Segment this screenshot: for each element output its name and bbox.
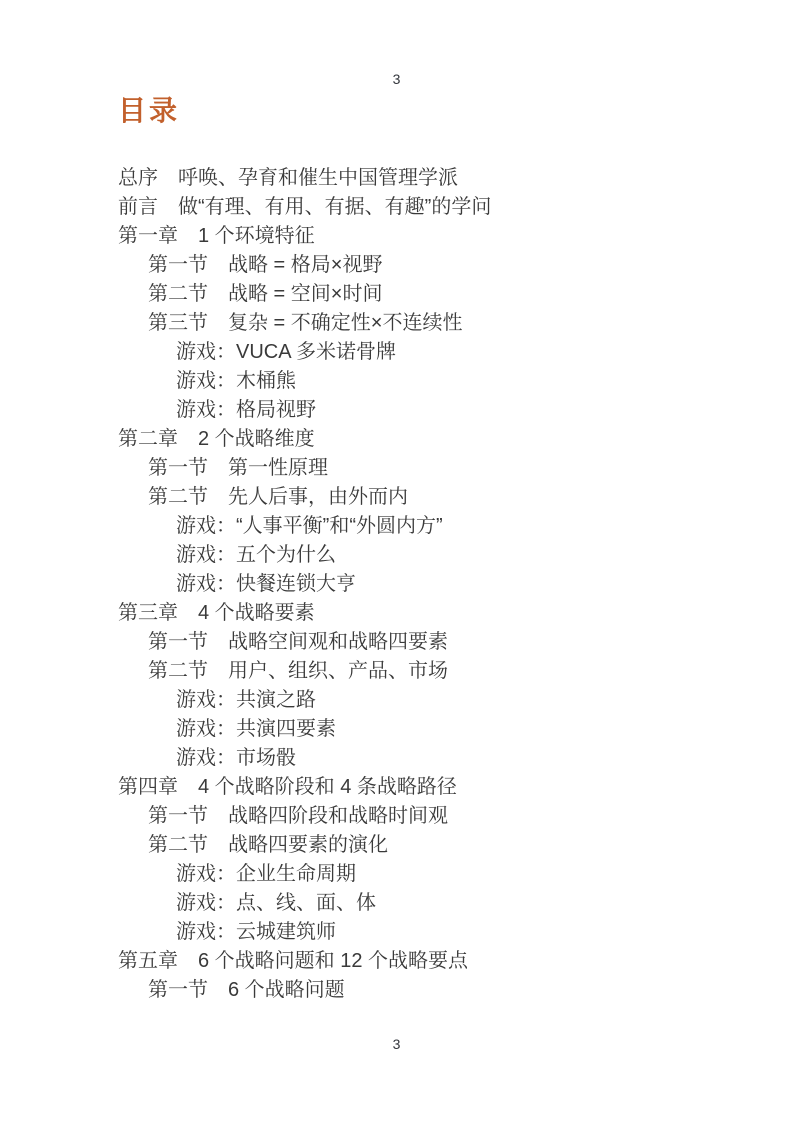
toc-entry: 第三节 复杂 = 不确定性×不连续性 bbox=[118, 309, 763, 338]
toc-entry: 第三章 4 个战略要素 bbox=[118, 599, 763, 628]
toc-entry: 游戏：市场骰 bbox=[118, 744, 763, 773]
toc-heading: 目录 bbox=[118, 94, 180, 128]
toc-entry: 第一节 战略 = 格局×视野 bbox=[118, 251, 763, 280]
document-page: 3 目录 总序 呼唤、孕育和催生中国管理学派前言 做“有理、有用、有据、有趣”的… bbox=[0, 0, 793, 1122]
page-number-bottom: 3 bbox=[0, 1035, 793, 1053]
toc-entry: 游戏：共演四要素 bbox=[118, 715, 763, 744]
toc-entry: 第二节 战略 = 空间×时间 bbox=[118, 280, 763, 309]
toc-entry: 游戏：快餐连锁大亨 bbox=[118, 570, 763, 599]
toc-entry: 游戏：VUCA 多米诺骨牌 bbox=[118, 338, 763, 367]
toc-entry: 第一章 1 个环境特征 bbox=[118, 222, 763, 251]
page-number-top: 3 bbox=[0, 70, 793, 88]
toc-list: 总序 呼唤、孕育和催生中国管理学派前言 做“有理、有用、有据、有趣”的学问第一章… bbox=[118, 164, 763, 1005]
toc-entry: 游戏：格局视野 bbox=[118, 396, 763, 425]
toc-entry: 第四章 4 个战略阶段和 4 条战略路径 bbox=[118, 773, 763, 802]
toc-entry: 游戏：“人事平衡”和“外圆内方” bbox=[118, 512, 763, 541]
toc-entry: 游戏：共演之路 bbox=[118, 686, 763, 715]
toc-entry: 第二节 用户、组织、产品、市场 bbox=[118, 657, 763, 686]
toc-entry: 第一节 战略空间观和战略四要素 bbox=[118, 628, 763, 657]
toc-entry: 游戏：点、线、面、体 bbox=[118, 889, 763, 918]
toc-entry: 第一节 战略四阶段和战略时间观 bbox=[118, 802, 763, 831]
toc-entry: 前言 做“有理、有用、有据、有趣”的学问 bbox=[118, 193, 763, 222]
toc-entry: 第一节 6 个战略问题 bbox=[118, 976, 763, 1005]
toc-entry: 游戏：云城建筑师 bbox=[118, 918, 763, 947]
toc-entry: 第二节 战略四要素的演化 bbox=[118, 831, 763, 860]
toc-entry: 第五章 6 个战略问题和 12 个战略要点 bbox=[118, 947, 763, 976]
toc-entry: 游戏：木桶熊 bbox=[118, 367, 763, 396]
toc-entry: 第二节 先人后事，由外而内 bbox=[118, 483, 763, 512]
toc-entry: 游戏：企业生命周期 bbox=[118, 860, 763, 889]
toc-entry: 总序 呼唤、孕育和催生中国管理学派 bbox=[118, 164, 763, 193]
toc-entry: 第二章 2 个战略维度 bbox=[118, 425, 763, 454]
toc-entry: 第一节 第一性原理 bbox=[118, 454, 763, 483]
toc-entry: 游戏：五个为什么 bbox=[118, 541, 763, 570]
